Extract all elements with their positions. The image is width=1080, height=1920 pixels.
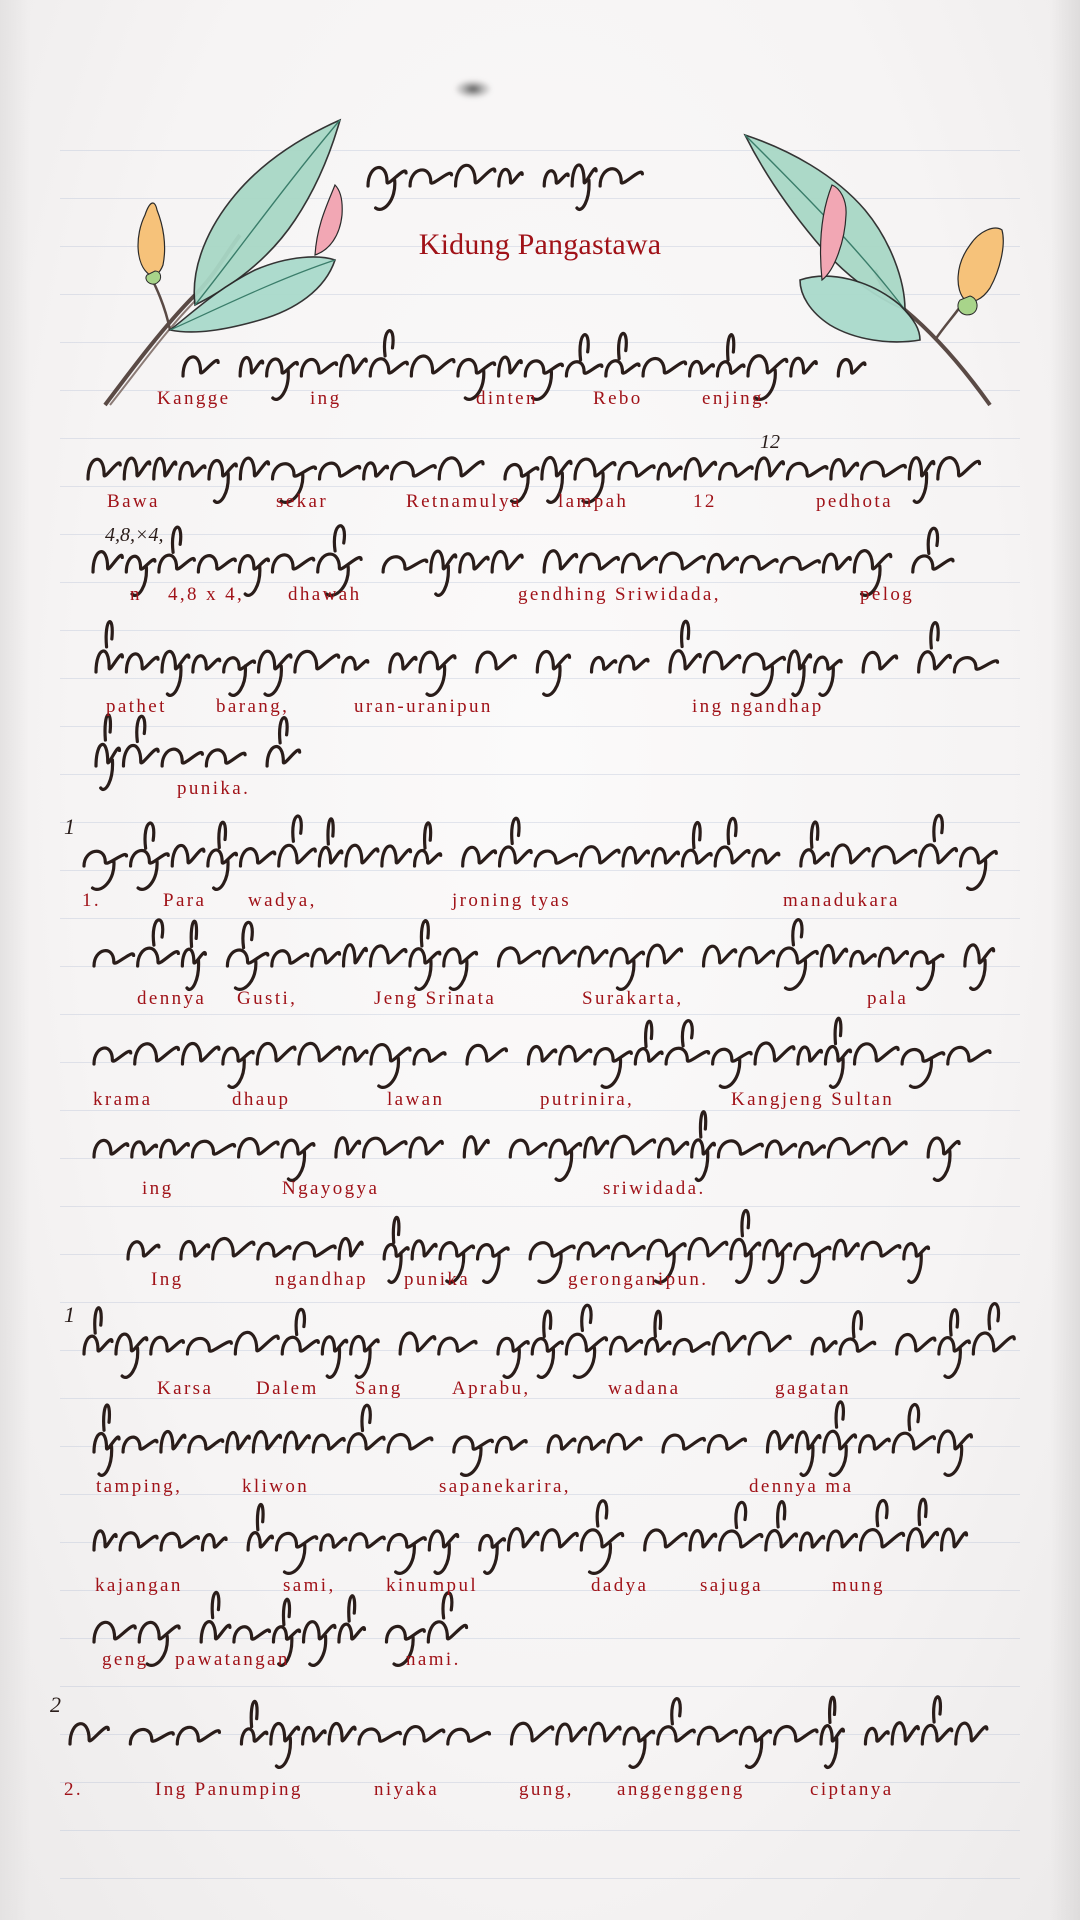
transliteration-word: sami,	[283, 1575, 336, 1597]
notebook-rule-line	[60, 1014, 1020, 1015]
transliteration-word: wadana	[608, 1378, 680, 1400]
notebook-rule-line	[60, 1686, 1020, 1687]
transliteration-word: Ing Panumping	[155, 1779, 303, 1801]
transliteration-word: ngandhap	[275, 1269, 368, 1291]
transliteration-word: Ngayogya	[282, 1178, 379, 1200]
transliteration-word: dinten	[476, 388, 538, 410]
transliteration-word: ing	[142, 1178, 173, 1200]
transliteration-word: niyaka	[374, 1779, 439, 1801]
verse-number-mark: 2	[50, 1692, 61, 1718]
transliteration-word: sriwidada.	[603, 1178, 706, 1200]
verse-number-mark: 1	[64, 1302, 75, 1328]
transliteration-word: krama	[93, 1089, 152, 1111]
transliteration-word: manadukara	[783, 890, 900, 912]
transliteration-word: Bawa	[107, 491, 160, 513]
transliteration-word: 1.	[82, 890, 101, 912]
transliteration-word: ing	[310, 388, 341, 410]
transliteration-word: kajangan	[95, 1575, 183, 1597]
javanese-script-js-verse1-5	[120, 1215, 950, 1285]
transliteration-word: kliwon	[242, 1476, 309, 1498]
transliteration-word: gendhing Sriwidada,	[518, 584, 721, 606]
page-edge-shadow-right	[1050, 0, 1080, 1920]
notebook-rule-line	[60, 1206, 1020, 1207]
transliteration-word: Surakarta,	[582, 988, 684, 1010]
transliteration-word: 12	[693, 491, 717, 513]
transliteration-word: Sang	[355, 1378, 403, 1400]
transliteration-word: gung,	[519, 1779, 574, 1801]
transliteration-word: ciptanya	[810, 1779, 894, 1801]
transliteration-word: pala	[867, 988, 908, 1010]
transliteration-word: dadya	[591, 1575, 648, 1597]
javanese-script-js-title	[360, 142, 650, 212]
transliteration-word: sapanekarira,	[439, 1476, 571, 1498]
transliteration-word: nami.	[406, 1649, 461, 1671]
transliteration-word: gagatan	[775, 1378, 851, 1400]
notebook-rule-line	[60, 1878, 1020, 1879]
transliteration-word: Rebo	[593, 388, 643, 410]
notebook-rule-line	[60, 918, 1020, 919]
transliteration-word: Dalem	[256, 1378, 319, 1400]
transliteration-word: enjing.	[702, 388, 771, 410]
transliteration-word: ing ngandhap	[692, 696, 824, 718]
transliteration-word: dhaup	[232, 1089, 290, 1111]
notebook-rule-line	[60, 1302, 1020, 1303]
transliteration-word: Karsa	[157, 1378, 213, 1400]
transliteration-word: pelog	[860, 584, 914, 606]
transliteration-word: putrinira,	[540, 1089, 634, 1111]
transliteration-word: lawan	[387, 1089, 444, 1111]
transliteration-word: Kangge	[157, 388, 231, 410]
javanese-script-js-intro-3	[88, 628, 988, 698]
page-title: Kidung Pangastawa	[0, 228, 1080, 262]
transliteration-word: barang,	[216, 696, 289, 718]
transliteration-word: Gusti,	[237, 988, 297, 1010]
transliteration-word: dennya	[137, 988, 206, 1010]
javanese-script-js-verse1-2	[86, 922, 996, 992]
manuscript-page: 124,8,×4,112 Kidung Pangastawa Kanggeing…	[0, 0, 1080, 1920]
javanese-script-js-verse1-4	[86, 1113, 986, 1183]
transliteration-word: Aprabu,	[452, 1378, 531, 1400]
transliteration-word: kinumpul	[386, 1575, 478, 1597]
transliteration-word: pawatangan	[175, 1649, 290, 1671]
transliteration-word: tamping,	[96, 1476, 182, 1498]
notebook-rule-line	[60, 1830, 1020, 1831]
transliteration-word: dennya ma	[749, 1476, 853, 1498]
javanese-script-js-verse1-7	[86, 1408, 996, 1478]
transliteration-word: uran-uranipun	[354, 696, 493, 718]
transliteration-word: jroning tyas	[452, 890, 571, 912]
transliteration-word: punika.	[177, 778, 250, 800]
transliteration-word: punika	[404, 1269, 470, 1291]
javanese-script-js-verse2-1: 2	[62, 1700, 992, 1770]
transliteration-word: Para	[163, 890, 206, 912]
inline-number: 4,8,×4,	[105, 524, 164, 547]
transliteration-word: Kangjeng Sultan	[731, 1089, 894, 1111]
transliteration-word: dhawah	[288, 584, 362, 606]
ink-smudge	[455, 80, 491, 98]
javanese-script-js-verse1-1: 1	[76, 822, 1016, 892]
transliteration-word: lampah	[558, 491, 628, 513]
transliteration-word: 4,8 x 4,	[168, 584, 244, 606]
inline-number: 12	[760, 431, 780, 454]
transliteration-word: geng	[102, 1649, 149, 1671]
transliteration-word: Retnamulya	[406, 491, 522, 513]
transliteration-word: n	[130, 584, 142, 606]
transliteration-word: anggenggeng	[617, 1779, 745, 1801]
transliteration-word: 2.	[64, 1779, 83, 1801]
javanese-script-js-verse1-3	[86, 1020, 996, 1090]
javanese-script-js-verse1-6: 1	[76, 1310, 1016, 1380]
transliteration-word: wadya,	[248, 890, 317, 912]
verse-number-mark: 1	[64, 814, 75, 840]
transliteration-word: mung	[832, 1575, 885, 1597]
transliteration-word: pedhota	[816, 491, 893, 513]
transliteration-word: pathet	[106, 696, 167, 718]
page-edge-shadow-left	[0, 0, 30, 1920]
transliteration-word: sajuga	[700, 1575, 763, 1597]
transliteration-word: Jeng Srinata	[374, 988, 496, 1010]
javanese-script-js-verse1-8	[86, 1506, 996, 1576]
transliteration-word: sekar	[276, 491, 328, 513]
transliteration-word: geronganipun.	[568, 1269, 708, 1291]
transliteration-word: Ing	[151, 1269, 184, 1291]
